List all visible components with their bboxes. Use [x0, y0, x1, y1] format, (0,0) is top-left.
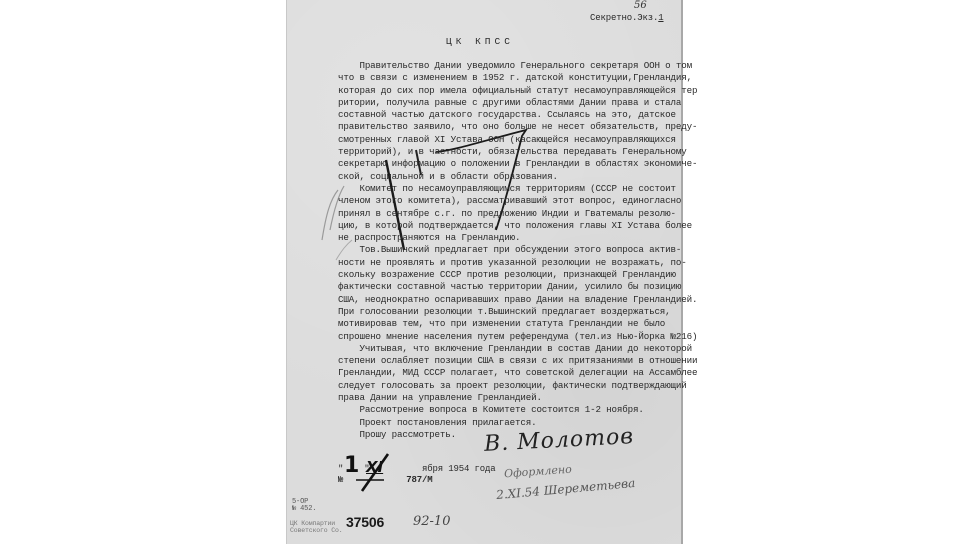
- body-line: не распространяются на Гренландию.: [338, 232, 697, 244]
- classification-label: Секретно.Экз.: [590, 13, 658, 23]
- body-line: США, неоднократно оспаривавших право Дан…: [338, 294, 697, 306]
- document-body: Правительство Дании уведомило Генерально…: [338, 60, 697, 441]
- handwritten-day: 1: [344, 453, 359, 478]
- registration-number: 37506: [346, 516, 384, 528]
- body-line: Правительство Дании уведомило Генерально…: [338, 60, 697, 72]
- body-line: правительство заявило, что оно больше не…: [338, 121, 697, 133]
- body-line: фактически составной частью территории Д…: [338, 281, 697, 293]
- stamp-line4: Советского Со.: [290, 527, 343, 534]
- body-line: мотивировав тем, что при изменении стату…: [338, 318, 697, 330]
- stamp-line3: ЦК Компартии: [290, 520, 335, 527]
- body-line: При голосовании резолюции т.Вышинский пр…: [338, 306, 697, 318]
- handwritten-note-line1: Оформлено: [504, 463, 573, 481]
- handwritten-month: XI: [366, 458, 383, 476]
- body-line: следует голосовать за проект резолюции, …: [338, 380, 697, 392]
- body-line: которая до сих пор имела официальный ста…: [338, 85, 697, 97]
- body-line: территорий), и в частности, обязательств…: [338, 146, 697, 158]
- handwritten-note-line2: 2.XI.54 Шереметьева: [496, 476, 636, 502]
- body-line: что в связи с изменением в 1952 г. датск…: [338, 72, 697, 84]
- body-line: ности не проявлять и против указанной ре…: [338, 257, 697, 269]
- body-line: ритории, получила равные с другими облас…: [338, 97, 697, 109]
- classification-marking: Секретно.Экз.1: [590, 12, 664, 24]
- body-line: составной частью датского государства. С…: [338, 109, 697, 121]
- copy-number: 1: [658, 13, 663, 23]
- body-line: смотренных главой XI Устава ООН (касающе…: [338, 134, 697, 146]
- body-line: Проект постановления прилагается.: [338, 417, 697, 429]
- body-line: степени ослабляет позиции США в связи с …: [338, 355, 697, 367]
- body-line: ской, социальной и в области образования…: [338, 171, 697, 183]
- body-line: секретарю информацию о положении в Гренл…: [338, 158, 697, 170]
- body-line: скольку возражение СССР против резолюции…: [338, 269, 697, 281]
- page-number: 56: [634, 0, 647, 11]
- body-line: Тов.Вышинский предлагает при обсуждении …: [338, 244, 697, 256]
- archive-stamp-bottom: ЦК Компартии Советского Со.: [290, 520, 343, 534]
- body-line: принял в сентябре с.г. по предложению Ин…: [338, 208, 697, 220]
- archival-document-page: 56 Секретно.Экз.1 ЦК КПСС Правительство …: [286, 0, 683, 544]
- document-addressee: ЦК КПСС: [446, 36, 514, 48]
- archive-stamp-top: 5-ОР № 452.: [292, 499, 316, 513]
- body-line: Комитет по несамоуправляющимся территори…: [338, 183, 697, 195]
- body-line: спрошено мнение населения путем референд…: [338, 331, 697, 343]
- handwritten-reg-note: 92-10: [413, 514, 450, 529]
- body-line: цию, в которой подтверждается, что полож…: [338, 220, 697, 232]
- body-line: Учитывая, что включение Гренландии в сос…: [338, 343, 697, 355]
- body-line: членом этого комитета), рассматривавший …: [338, 195, 697, 207]
- body-line: Рассмотрение вопроса в Комитете состоитс…: [338, 404, 697, 416]
- body-line: Гренландии, МИД СССР полагает, что совет…: [338, 367, 697, 379]
- stamp-line2: № 452.: [292, 505, 316, 513]
- body-line: права Дании на управление Гренландией.: [338, 392, 697, 404]
